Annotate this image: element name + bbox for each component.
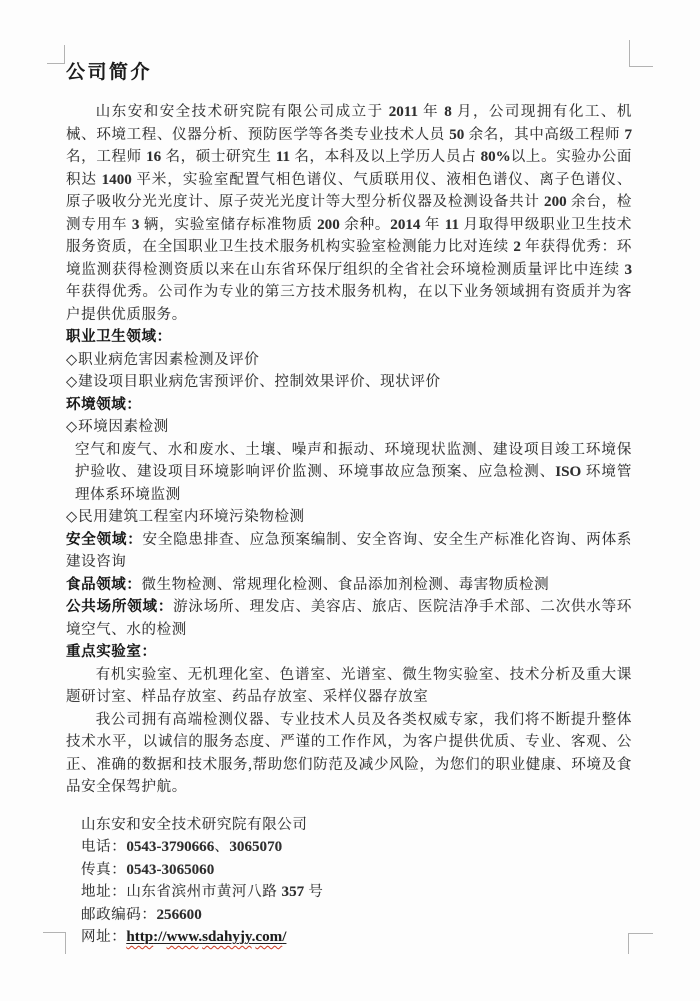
bullet-text: 环境因素检测: [78, 419, 169, 435]
diamond-icon: ◇: [66, 509, 77, 525]
section-heading-key-labs: 重点实验室：: [66, 641, 632, 664]
url-segment: /: [282, 929, 286, 945]
zip-line: 邮政编码：256600: [81, 904, 632, 927]
diamond-icon: ◇: [66, 374, 77, 390]
section-heading-environment: 环境领域：: [66, 394, 632, 417]
address-label: 地址：: [81, 884, 126, 900]
section-public-places: 公共场所领域：游泳场所、理发店、美容店、旅店、医院洁净手术部、二次供水等环境空气…: [66, 596, 632, 641]
zip-value: 256600: [157, 907, 202, 923]
diamond-icon: ◇: [66, 419, 77, 435]
environment-detail-paragraph: 空气和废气、水和废水、土壤、噪声和振动、环境现状监测、建设项目竣工环境保护验收、…: [66, 439, 632, 507]
key-labs-paragraph: 有机实验室、无机理化室、色谱室、光谱室、微生物实验室、技术分析及重大课题研讨室、…: [66, 664, 632, 709]
bullet-text: 建设项目职业病危害预评价、控制效果评价、现状评价: [78, 374, 440, 390]
section-heading-public-places: 公共场所领域：: [66, 599, 173, 615]
url-segment: ://: [153, 929, 166, 945]
bullet-item-occupational-2: ◇建设项目职业病危害预评价、控制效果评价、现状评价: [66, 371, 632, 394]
section-heading-safety: 安全领域：: [66, 532, 143, 548]
bullet-item-environment-1: ◇环境因素检测: [66, 416, 632, 439]
url-segment: sdahyjy: [202, 929, 251, 945]
closing-paragraph: 我公司拥有高端检测仪器、专业技术人员及各类权威专家，我们将不断提升整体技术水平，…: [66, 709, 632, 799]
section-heading-food: 食品领域：: [66, 577, 142, 593]
bullet-text: 职业病危害因素检测及评价: [78, 352, 259, 368]
address-line: 地址：山东省滨州市黄河八路 357 号: [81, 881, 632, 904]
section-body-food: 微生物检测、常规理化检测、食品添加剂检测、毒害物质检测: [142, 577, 550, 593]
website-line: 网址：http://www.sdahyjy.com/: [81, 926, 632, 949]
url-segment: www: [167, 929, 199, 945]
margin-crop-mark-top-left: [47, 45, 65, 64]
fax-label: 传真：: [81, 862, 126, 878]
bullet-text: 民用建筑工程室内环境污染物检测: [78, 509, 305, 525]
fax-value: 0543-3065060: [126, 862, 214, 878]
website-label: 网址：: [81, 929, 126, 945]
phone-value: 0543-3790666、3065070: [126, 839, 282, 855]
section-food: 食品领域：微生物检测、常规理化检测、食品添加剂检测、毒害物质检测: [66, 574, 632, 597]
fax-line: 传真：0543-3065060: [81, 859, 632, 882]
address-value: 山东省滨州市黄河八路 357 号: [126, 884, 323, 900]
bullet-item-occupational-1: ◇职业病危害因素检测及评价: [66, 349, 632, 372]
section-heading-occupational: 职业卫生领域：: [66, 326, 632, 349]
url-segment: com: [255, 929, 282, 945]
margin-crop-mark-bottom-left: [43, 932, 66, 954]
company-name: 山东安和安全技术研究院有限公司: [81, 814, 632, 837]
zip-label: 邮政编码：: [81, 907, 157, 923]
website-link[interactable]: http://www.sdahyjy.com/: [126, 929, 286, 945]
diamond-icon: ◇: [66, 352, 77, 368]
document-body: 公司简介 山东安和安全技术研究院有限公司成立于 2011 年 8 月，公司现拥有…: [66, 60, 632, 949]
section-body-safety: 安全隐患排查、应急预案编制、安全咨询、安全生产标准化咨询、两体系建设咨询: [66, 532, 632, 571]
document-page: 公司简介 山东安和安全技术研究院有限公司成立于 2011 年 8 月，公司现拥有…: [0, 0, 700, 1001]
section-safety: 安全领域：安全隐患排查、应急预案编制、安全咨询、安全生产标准化咨询、两体系建设咨…: [66, 529, 632, 574]
margin-crop-mark-top-right: [629, 40, 653, 67]
phone-label: 电话：: [81, 839, 126, 855]
contact-block: 山东安和安全技术研究院有限公司 电话：0543-3790666、3065070 …: [66, 814, 632, 949]
page-title: 公司简介: [66, 60, 632, 86]
url-segment: http: [126, 929, 153, 945]
bullet-item-environment-2: ◇民用建筑工程室内环境污染物检测: [66, 506, 632, 529]
phone-line: 电话：0543-3790666、3065070: [81, 836, 632, 859]
intro-paragraph: 山东安和安全技术研究院有限公司成立于 2011 年 8 月，公司现拥有化工、机械…: [66, 101, 632, 326]
